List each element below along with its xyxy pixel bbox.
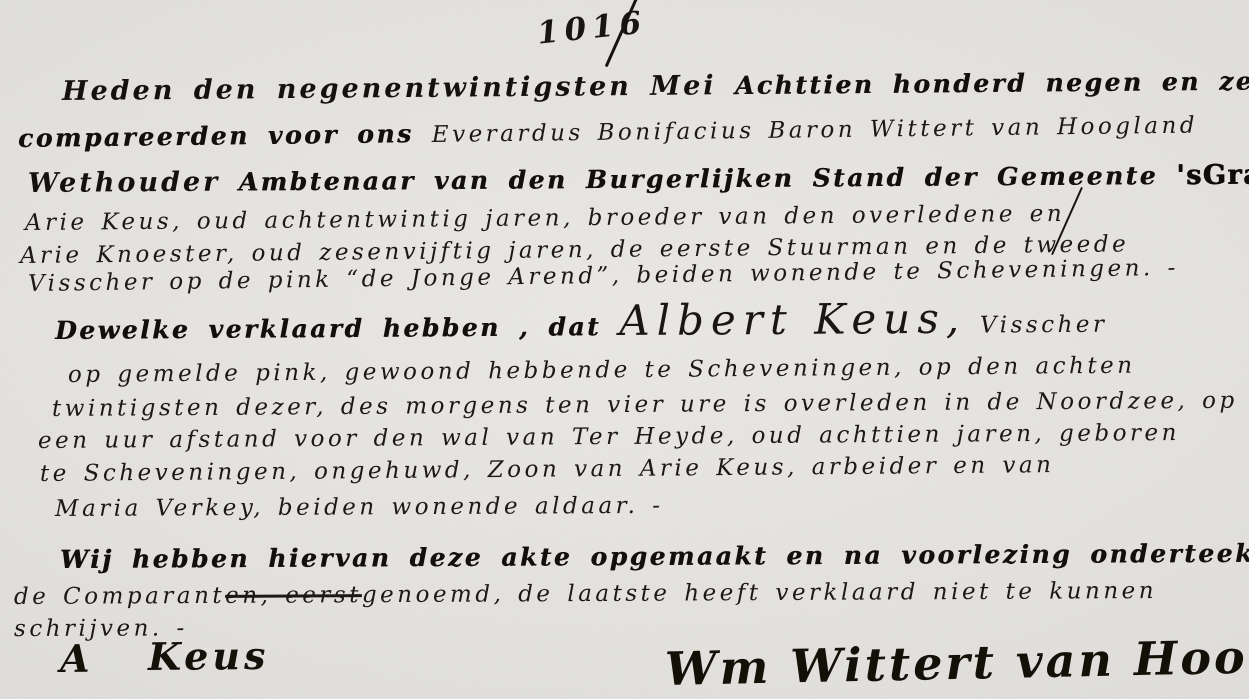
text-segment: Ambtenaar van den Burgerlijken Stand der…	[239, 161, 1177, 197]
text-segment: Wethouder	[28, 167, 239, 199]
text-segment: Wij hebben hiervan deze akte opgemaakt e…	[60, 538, 1249, 574]
signature-registrar: Wm Wittert van Hoogland	[664, 626, 1249, 696]
text-segment: Maria Verkey, beiden wonende aldaar. -	[55, 493, 664, 522]
text-line: Heden den negenentwintigsten Mei Achttie…	[62, 65, 1249, 107]
text-segment: genoemd, de laatste heeft verklaard niet…	[362, 578, 1157, 608]
text-segment: compareerden voor ons	[18, 119, 432, 153]
text-segment: Keus	[148, 633, 270, 679]
text-line: de Comparanten, eerstgenoemd, de laatste…	[14, 578, 1157, 610]
text-line: twintigsten dezer, des morgens ten vier …	[52, 388, 1238, 422]
text-segment: 'sGravenhage ,	[1176, 158, 1249, 191]
text-segment: Visscher	[966, 312, 1107, 339]
text-segment: de Comparant	[14, 583, 225, 610]
text-line: een uur afstand voor den wal van Ter Hey…	[38, 420, 1180, 454]
text-segment: Dewelke verklaard hebben , dat	[55, 312, 619, 345]
document-content: 1016 Heden den negenentwintigsten Mei Ac…	[0, 0, 1249, 699]
text-segment: op gemelde pink, gewoond hebbende te Sch…	[68, 353, 1136, 388]
text-segment: en, eerst	[225, 582, 362, 609]
text-line: Arie Keus, oud achtentwintig jaren, broe…	[25, 201, 1065, 236]
text-segment: een uur afstand voor den wal van Ter Hey…	[38, 420, 1180, 454]
text-segment: te Scheveningen, ongehuwd, Zoon van Arie…	[40, 452, 1055, 487]
text-line: op gemelde pink, gewoond hebbende te Sch…	[68, 353, 1136, 388]
text-segment: Heden den negenentwintigsten Mei	[62, 70, 735, 107]
text-line: Wethouder Ambtenaar van den Burgerlijken…	[28, 158, 1249, 199]
text-segment: Wm Wittert van Hoogland	[664, 626, 1249, 696]
text-line: Dewelke verklaard hebben , dat Albert Ke…	[55, 293, 1108, 349]
text-line: compareerden voor ons Everardus Bonifaci…	[18, 110, 1198, 153]
signature-declarant: Keus	[148, 633, 270, 679]
text-line: Wij hebben hiervan deze akte opgemaakt e…	[60, 538, 1249, 574]
text-segment: twintigsten dezer, des morgens ten vier …	[52, 388, 1238, 422]
text-segment: Achttien honderd negen en zestig ,	[735, 66, 1249, 100]
text-segment: A	[60, 636, 94, 681]
text-segment: Everardus Bonifacius Baron Wittert van H…	[432, 113, 1199, 148]
text-line: te Scheveningen, ongehuwd, Zoon van Arie…	[40, 452, 1055, 487]
signature-declarant: A	[60, 636, 94, 681]
text-segment: Albert Keus,	[619, 294, 966, 345]
text-line: Maria Verkey, beiden wonende aldaar. -	[55, 493, 664, 522]
document-page: 1016 Heden den negenentwintigsten Mei Ac…	[0, 0, 1249, 699]
text-segment: Arie Keus, oud achtentwintig jaren, broe…	[25, 201, 1065, 236]
